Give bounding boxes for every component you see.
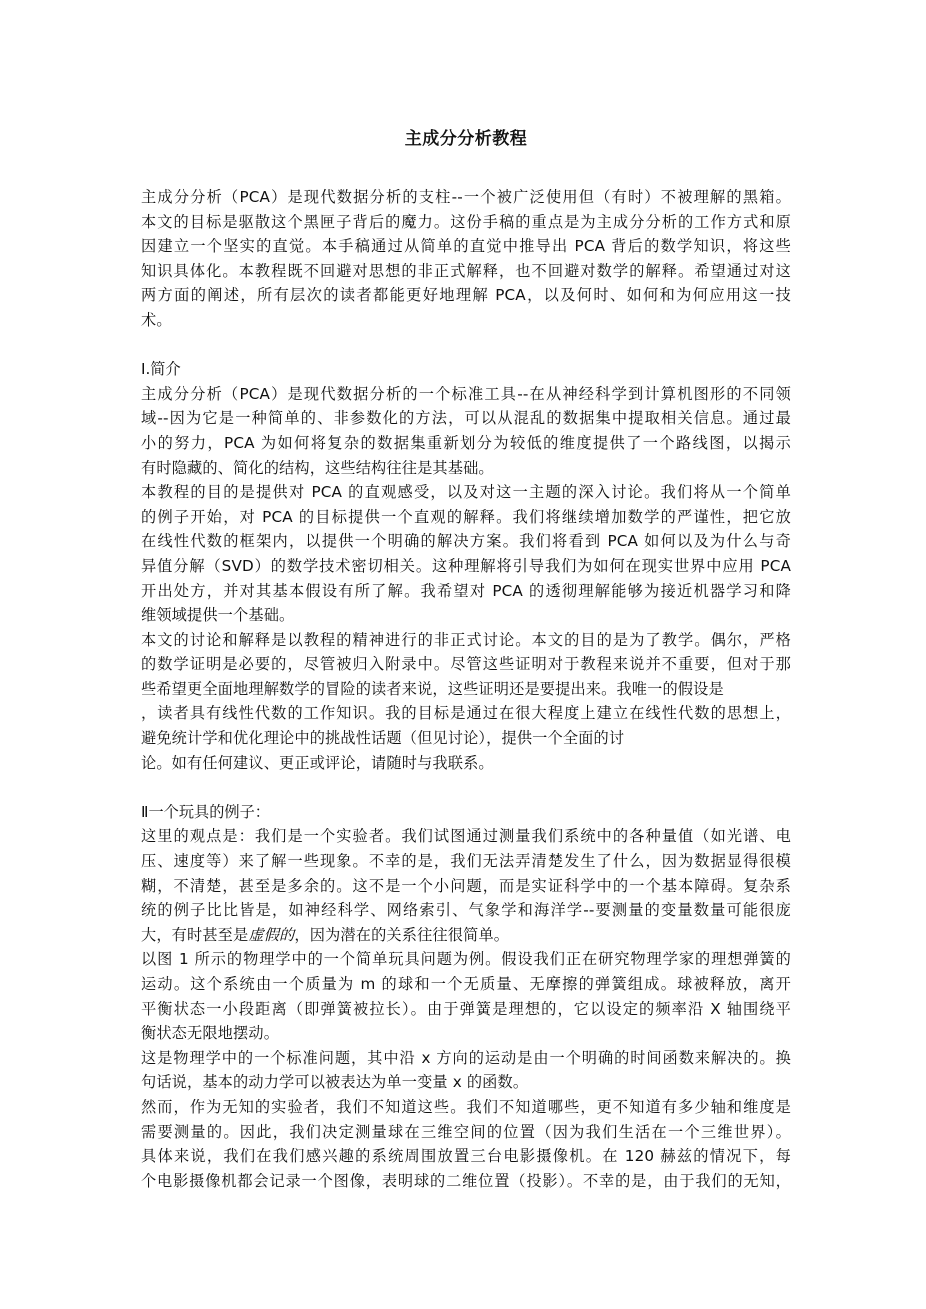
toy-paragraph-2: 以图 1 所示的物理学中的一个简单玩具问题为例。假设我们正在研究物理学家的理想弹… (141, 947, 791, 1045)
text-line: 这里的观点是：我们是一个实验者。我们试图通过测量我们系统中的各种量值（如光谱、电 (141, 824, 791, 849)
text-line: 避免统计学和优化理论中的挑战性话题（但见讨论），提供一个全面的讨 (141, 726, 791, 751)
text-line: 本文的讨论和解释是以教程的精神进行的非正式讨论。本文的目的是为了教学。偶尔，严格 (141, 628, 791, 653)
text-line: 的数学证明是必要的，尽管被归入附录中。尽管这些证明对于教程来说并不重要，但对于那 (141, 652, 791, 677)
text-line: 在线性代数的框架内，以提供一个明确的解决方案。我们将看到 PCA 如何以及为什么… (141, 529, 791, 554)
text-line: 平衡状态一小段距离（即弹簧被拉长）。由于弹簧是理想的，它以设定的频率沿 X 轴围… (141, 997, 791, 1022)
text-line: 知识具体化。本教程既不回避对思想的非正式解释，也不回避对数学的解释。希望通过对这 (141, 259, 791, 284)
text-line: 需要测量的。因此，我们决定测量球在三维空间的位置（因为我们生活在一个三维世界）。 (141, 1120, 791, 1145)
text-line: 衡状态无限地摆动。 (141, 1021, 791, 1046)
text-line: 异值分解（SVD）的数学技术密切相关。这种理解将引导我们为如何在现实世界中应用 … (141, 554, 791, 579)
text-line: 统的例子比比皆是，如神经科学、网络索引、气象学和海洋学--要测量的变量数量可能很… (141, 898, 791, 923)
text-line: 以图 1 所示的物理学中的一个简单玩具问题为例。假设我们正在研究物理学家的理想弹… (141, 947, 791, 972)
text-line: 主成分分析（PCA）是现代数据分析的支柱--一个被广泛使用但（有时）不被理解的黑… (141, 185, 791, 210)
abstract-paragraph: 主成分分析（PCA）是现代数据分析的支柱--一个被广泛使用但（有时）不被理解的黑… (141, 185, 791, 333)
text-line: ，读者具有线性代数的工作知识。我的目标是通过在很大程度上建立在线性代数的思想上， (141, 701, 791, 726)
text-line: 主成分分析（PCA）是现代数据分析的一个标准工具--在从神经科学到计算机图形的不… (141, 382, 791, 407)
text-line: 运动。这个系统由一个质量为 m 的球和一个无质量、无摩擦的弹簧组成。球被释放，离… (141, 972, 791, 997)
text-line: 小的努力，PCA 为如何将复杂的数据集重新划分为较低的维度提供了一个路线图，以揭… (141, 431, 791, 456)
text-line: 大，有时甚至是虚假的，因为潜在的关系往往很简单。 (141, 923, 791, 948)
text-line: 域--因为它是一种简单的、非参数化的方法，可以从混乱的数据集中提取相关信息。通过… (141, 406, 791, 431)
text-line: 压、速度等）来了解一些现象。不幸的是，我们无法弄清楚发生了什么，因为数据显得很模 (141, 849, 791, 874)
text-line: 这是物理学中的一个标准问题，其中沿 x 方向的运动是由一个明确的时间函数来解决的… (141, 1046, 791, 1071)
intro-paragraph-3: 本文的讨论和解释是以教程的精神进行的非正式讨论。本文的目的是为了教学。偶尔，严格… (141, 628, 791, 776)
text-line: 有时隐藏的、简化的结构，这些结构往往是其基础。 (141, 456, 791, 481)
intro-paragraph-2: 本教程的目的是提供对 PCA 的直观感受，以及对这一主题的深入讨论。我们将从一个… (141, 480, 791, 628)
text-span: 大，有时甚至是 (141, 926, 248, 944)
text-line: 本教程的目的是提供对 PCA 的直观感受，以及对这一主题的深入讨论。我们将从一个… (141, 480, 791, 505)
intro-paragraph-1: 主成分分析（PCA）是现代数据分析的一个标准工具--在从神经科学到计算机图形的不… (141, 382, 791, 480)
text-line: 论。如有任何建议、更正或评论，请随时与我联系。 (141, 751, 791, 776)
text-line: 些希望更全面地理解数学的冒险的读者来说，这些证明还是要提出来。我唯一的假设是 (141, 677, 791, 702)
section-heading-toy-example: Ⅱ一个玩具的例子： (141, 800, 791, 825)
text-line: 然而，作为无知的实验者，我们不知道这些。我们不知道哪些，更不知道有多少轴和维度是 (141, 1095, 791, 1120)
toy-paragraph-1: 这里的观点是：我们是一个实验者。我们试图通过测量我们系统中的各种量值（如光谱、电… (141, 824, 791, 947)
spacer (141, 333, 791, 358)
text-span: ，因为潜在的关系往往很简单。 (294, 926, 509, 944)
section-heading-intro: Ⅰ.简介 (141, 357, 791, 382)
text-line: 句话说，基本的动力学可以被表达为单一变量 x 的函数。 (141, 1070, 791, 1095)
text-line: 的例子开始，对 PCA 的目标提供一个直观的解释。我们将继续增加数学的严谨性，把… (141, 505, 791, 530)
text-line: 开出处方，并对其基本假设有所了解。我希望对 PCA 的透彻理解能够为接近机器学习… (141, 579, 791, 604)
text-line: 术。 (141, 308, 791, 333)
text-line: 因建立一个坚实的直觉。本手稿通过从简单的直觉中推导出 PCA 背后的数学知识，将… (141, 234, 791, 259)
text-line: 维领域提供一个基础。 (141, 603, 791, 628)
text-line: 本文的目标是驱散这个黑匣子背后的魔力。这份手稿的重点是为主成分分析的工作方式和原 (141, 210, 791, 235)
text-line: 两方面的阐述，所有层次的读者都能更好地理解 PCA，以及何时、如何和为何应用这一… (141, 283, 791, 308)
text-line: 糊，不清楚，甚至是多余的。这不是一个小问题，而是实证科学中的一个基本障碍。复杂系 (141, 874, 791, 899)
toy-paragraph-3: 这是物理学中的一个标准问题，其中沿 x 方向的运动是由一个明确的时间函数来解决的… (141, 1046, 791, 1095)
toy-paragraph-4: 然而，作为无知的实验者，我们不知道这些。我们不知道哪些，更不知道有多少轴和维度是… (141, 1095, 791, 1193)
text-line: 个电影摄像机都会记录一个图像，表明球的二维位置（投影）。不幸的是，由于我们的无知… (141, 1169, 791, 1194)
spacer (141, 775, 791, 800)
document-body: 主成分分析（PCA）是现代数据分析的支柱--一个被广泛使用但（有时）不被理解的黑… (141, 185, 791, 1193)
italic-term: 虚假的 (248, 926, 294, 944)
text-line: 具体来说，我们在我们感兴趣的系统周围放置三台电影摄像机。在 120 赫兹的情况下… (141, 1144, 791, 1169)
document-title: 主成分分析教程 (141, 124, 791, 149)
